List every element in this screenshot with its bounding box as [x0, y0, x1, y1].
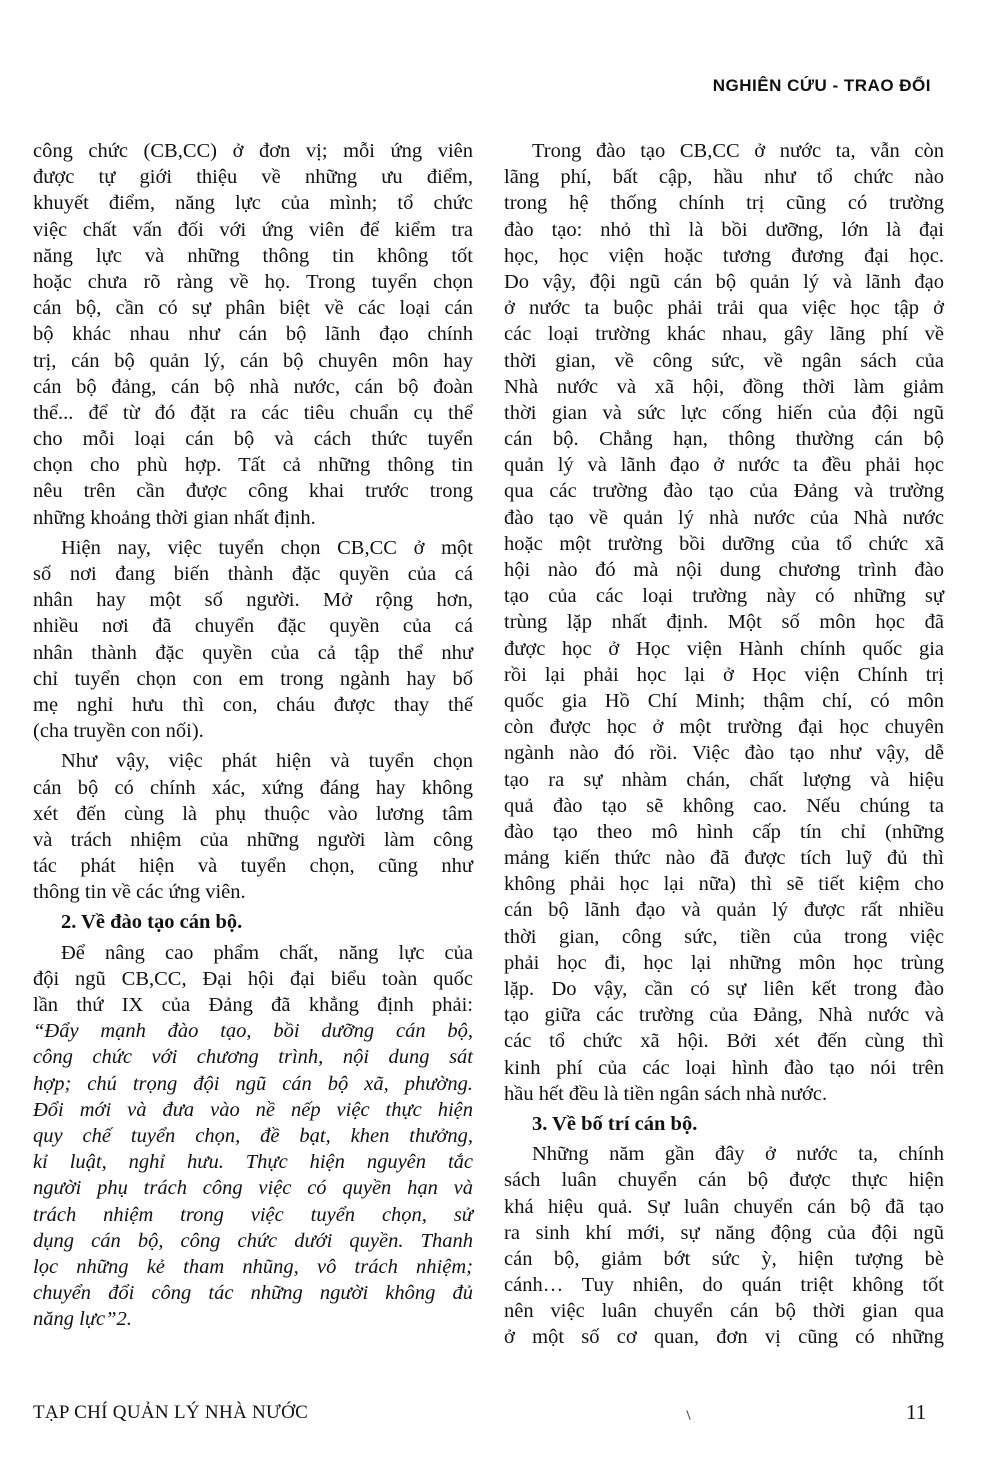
text-line: tạo giữa các trường của Đảng, Nhà nước v… — [504, 1002, 944, 1028]
text-line: hầu hết đều là tiền ngân sách nhà nước. — [504, 1081, 944, 1107]
text-line: lặp. Do vậy, cần có sự liên kết trong đà… — [504, 976, 944, 1002]
text-line: nhân hay một số người. Mở rộng hơn, — [33, 587, 473, 613]
text-line: ngành nào đó rồi. Việc đào tạo như vậy, … — [504, 740, 944, 766]
text-line: hoặc một trường bồi dưỡng của tổ chức xã — [504, 531, 944, 557]
text-line: lọc những kẻ tham nhũng, vô trách nhiệm; — [33, 1254, 473, 1280]
left-column: công chức (CB,CC) ở đơn vị; mỗi ứng viên… — [33, 138, 473, 1332]
text-line: cán bộ, giảm bớt sức ỳ, hiện tượng bè — [504, 1246, 944, 1272]
text-line: thể... để từ đó đặt ra các tiêu chuẩn cụ… — [33, 400, 473, 426]
text-line: Đổi mới và đưa vào nề nếp việc thực hiện — [33, 1097, 473, 1123]
page-header-section: NGHIÊN CỨU - TRAO ĐỔI — [713, 76, 931, 96]
text-line: thời gian, công sức, tiền của trong việc — [504, 924, 944, 950]
text-line: công chức với chương trình, nội dung sát — [33, 1044, 473, 1070]
text-line: hợp; chú trọng đội ngũ cán bộ xã, phường… — [33, 1071, 473, 1097]
text-line: tạo ra sự nhàm chán, chất lượng và hiệu — [504, 767, 944, 793]
text-line: nhân thành đặc quyền của cả tập thể như — [33, 640, 473, 666]
text-line: còn được học ở một trường đại học chuyên — [504, 714, 944, 740]
text-line: xét đến cùng là phụ thuộc vào lương tâm — [33, 801, 473, 827]
text-line: trùng lặp nhất định. Một số môn học đã — [504, 609, 944, 635]
text-line: nêu trên cần được công khai trước trong — [33, 478, 473, 504]
text-line: học, học viện hoặc tương đương đại học. — [504, 243, 944, 269]
text-line: sách luân chuyển cán bộ được thực hiện — [504, 1167, 944, 1193]
text-line: trị, cán bộ quản lý, cán bộ chuyên môn h… — [33, 348, 473, 374]
text-line: rồi lại phải học lại ở Học viện Chính tr… — [504, 662, 944, 688]
text-line: đội ngũ CB,CC, Đại hội đại biểu toàn quố… — [33, 966, 473, 992]
text-line: Nhà nước và xã hội, đồng thời làm giảm — [504, 374, 944, 400]
text-line: chuyển đổi công tác những người không đủ — [33, 1280, 473, 1306]
text-line: việc chất vấn đối với ứng viên để kiểm t… — [33, 217, 473, 243]
text-line: cán bộ có chính xác, xứng đáng hay không — [33, 775, 473, 801]
text-line: Như vậy, việc phát hiện và tuyển chọn — [33, 748, 473, 774]
text-line: khuyết điểm, năng lực của mình; tổ chức — [33, 190, 473, 216]
text-line: “Đẩy mạnh đào tạo, bồi dưỡng cán bộ, — [33, 1018, 473, 1044]
text-line: kỉ luật, nghỉ hưu. Thực hiện nguyên tắc — [33, 1149, 473, 1175]
right-column: Trong đào tạo CB,CC ở nước ta, vẫn cònlã… — [504, 138, 944, 1351]
text-line: trong hệ thống chính trị cũng có trường — [504, 190, 944, 216]
text-line: các tổ chức xã hội. Bởi xét đến cùng thì — [504, 1028, 944, 1054]
text-line: thời gian và sức lực cống hiến của đội n… — [504, 400, 944, 426]
text-line: ở một số cơ quan, đơn vị cũng có những — [504, 1324, 944, 1350]
text-line: chọn cho phù hợp. Tất cả những thông tin — [33, 452, 473, 478]
text-line: những khoảng thời gian nhất định. — [33, 505, 473, 531]
text-line: (cha truyền con nối). — [33, 718, 473, 744]
text-line: năng lực và những thông tin không tốt — [33, 243, 473, 269]
text-line: dụng cán bộ, công chức dưới quyền. Thanh — [33, 1228, 473, 1254]
text-line: và trách nhiệm của những người làm công — [33, 827, 473, 853]
text-line: quốc gia Hồ Chí Minh; thậm chí, có môn — [504, 688, 944, 714]
text-line: qua các trường đào tạo của Đảng và trườn… — [504, 478, 944, 504]
scan-speck — [686, 1410, 690, 1420]
text-line: công chức (CB,CC) ở đơn vị; mỗi ứng viên — [33, 138, 473, 164]
page-number: 11 — [906, 1400, 926, 1425]
text-line: cán bộ, cần có sự phân biệt về các loại … — [33, 295, 473, 321]
text-line: hội nào đó mà nội dung chương trình đào — [504, 557, 944, 583]
text-line: thời gian, về công sức, về ngân sách của — [504, 348, 944, 374]
text-line: ở nước ta buộc phải trải qua việc học tậ… — [504, 295, 944, 321]
text-line: được học ở Học viện Hành chính quốc gia — [504, 636, 944, 662]
text-line: Những năm gần đây ở nước ta, chính — [504, 1141, 944, 1167]
text-line: ra sinh khí mới, sự năng động của đội ng… — [504, 1220, 944, 1246]
text-line: khá hiệu quả. Sự luân chuyển cán bộ đã t… — [504, 1194, 944, 1220]
text-line: quả đào tạo sẽ không cao. Nếu chúng ta — [504, 793, 944, 819]
text-line: các loại trường khác nhau, gây lãng phí … — [504, 321, 944, 347]
text-line: trách nhiệm trong việc tuyển chọn, sử — [33, 1202, 473, 1228]
text-line: người phụ trách công việc có quyền hạn v… — [33, 1175, 473, 1201]
text-line: tạo của các loại trường này có những sự — [504, 583, 944, 609]
text-line: nên việc luân chuyển cán bộ thời gian qu… — [504, 1298, 944, 1324]
text-line: quản lý và lãnh đạo ở nước ta đều phải h… — [504, 452, 944, 478]
text-line: đào tạo về quản lý nhà nước của Nhà nước — [504, 505, 944, 531]
text-line: số nơi đang biến thành đặc quyền của cá — [33, 561, 473, 587]
text-line: Do vậy, đội ngũ cán bộ quản lý và lãnh đ… — [504, 269, 944, 295]
text-line: năng lực”2. — [33, 1306, 473, 1332]
text-line: mẹ nghỉ hưu thì con, cháu được thay thế — [33, 692, 473, 718]
text-line: đào tạo theo mô hình cấp tín chỉ (những — [504, 819, 944, 845]
text-line: cán bộ đảng, cán bộ nhà nước, cán bộ đoà… — [33, 374, 473, 400]
text-line: cho mỗi loại cán bộ và cách thức tuyển — [33, 426, 473, 452]
text-line: đào tạo: nhỏ thì là bồi dưỡng, lớn là đạ… — [504, 217, 944, 243]
text-line: 3. Về bố trí cán bộ. — [504, 1111, 944, 1137]
text-line: cánh… Tuy nhiên, do quán triệt không tốt — [504, 1272, 944, 1298]
text-line: 2. Về đào tạo cán bộ. — [33, 909, 473, 935]
text-line: chỉ tuyển chọn con em trong ngành hay bố — [33, 666, 473, 692]
text-line: Hiện nay, việc tuyển chọn CB,CC ở một — [33, 535, 473, 561]
journal-title: TẠP CHÍ QUẢN LÝ NHÀ NƯỚC — [33, 1402, 308, 1424]
text-line: kinh phí của các loại hình đào tạo nói t… — [504, 1055, 944, 1081]
text-line: mảng kiến thức nào đã được tích luỹ đủ t… — [504, 845, 944, 871]
text-line: quy chế tuyển chọn, đề bạt, khen thưởng, — [33, 1123, 473, 1149]
text-line: hoặc chưa rõ ràng về họ. Trong tuyển chọ… — [33, 269, 473, 295]
text-line: Trong đào tạo CB,CC ở nước ta, vẫn còn — [504, 138, 944, 164]
text-line: thông tin về các ứng viên. — [33, 879, 473, 905]
text-line: tác phát hiện và tuyển chọn, cũng như — [33, 853, 473, 879]
text-line: bộ khác nhau như cán bộ lãnh đạo chính — [33, 321, 473, 347]
text-line: nhiều nơi đã chuyển đặc quyền của cá — [33, 613, 473, 639]
text-line: được tự giới thiệu về những ưu điểm, — [33, 164, 473, 190]
text-line: cán bộ lãnh đạo và quản lý được rất nhiề… — [504, 897, 944, 923]
text-line: lãng phí, bất cập, hầu như tổ chức nào — [504, 164, 944, 190]
text-line: Để nâng cao phẩm chất, năng lực của — [33, 940, 473, 966]
text-line: cán bộ. Chẳng hạn, thông thường cán bộ — [504, 426, 944, 452]
text-line: lần thứ IX của Đảng đã khẳng định phải: — [33, 992, 473, 1018]
text-line: không phải học lại nữa) thì sẽ tiết kiệm… — [504, 871, 944, 897]
text-line: phải học đi, học lại những môn học trùng — [504, 950, 944, 976]
